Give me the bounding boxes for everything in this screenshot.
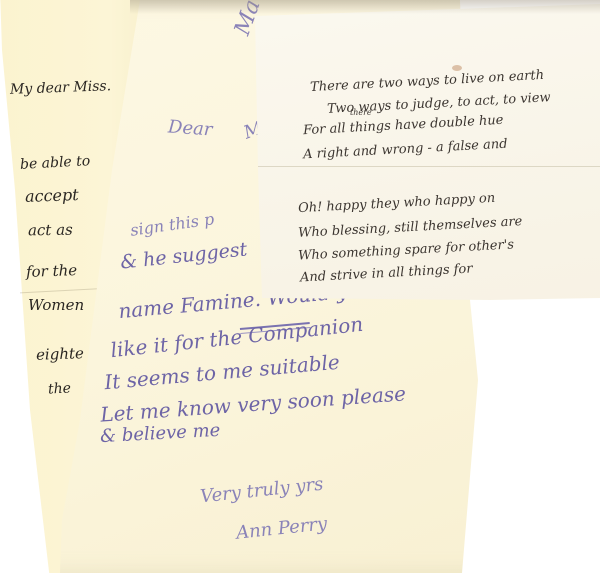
left-letter-line: eighte bbox=[36, 344, 84, 364]
left-letter-line: act as bbox=[28, 221, 73, 240]
paper-stain bbox=[452, 65, 462, 71]
left-letter-line: the bbox=[48, 380, 72, 397]
paper-shadow bbox=[130, 0, 600, 14]
left-letter-line: accept bbox=[25, 185, 79, 206]
middle-letter-salutation: Dear bbox=[167, 116, 213, 140]
fold-line bbox=[258, 166, 600, 167]
left-letter-line: Women bbox=[28, 296, 84, 314]
left-letter-line: for the bbox=[26, 261, 78, 281]
poem-insertion: there bbox=[350, 108, 372, 117]
letters-photo: My dear Miss. be able to accept act as f… bbox=[0, 0, 600, 573]
